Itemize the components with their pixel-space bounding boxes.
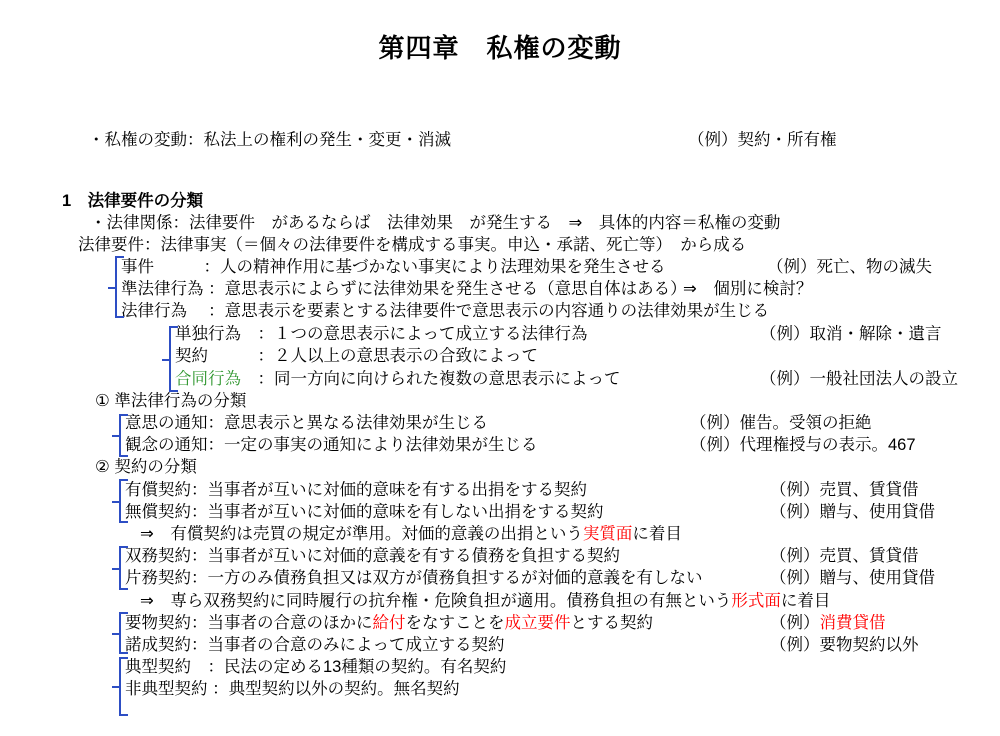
text-run: 観念の通知：一定の事実の通知により法律効果が生じる — [125, 436, 538, 454]
example-kannen-tsuchi: （例）代理権授与の表示。467 — [690, 435, 916, 455]
bracket-stroke — [112, 435, 120, 437]
text-run: 非典型契約 ：典型契約以外の契約。無名契約 — [125, 680, 460, 698]
text-run: ：同一方向に向けられた複数の意思表示によって — [241, 370, 621, 388]
bracket-stroke — [112, 568, 120, 570]
bracket-stroke — [119, 588, 128, 590]
text-run: 双務契約：当事者が互いに対価的意義を有する債務を負担する契約 — [125, 547, 620, 565]
text-run: 諾成契約：当事者の合意のみによって成立する契約 — [125, 636, 505, 654]
example-jiken: （例）死亡、物の滅失 — [767, 257, 932, 277]
text-run: をなすことを — [406, 614, 505, 632]
example-yusho-keiyaku: （例）売買、賃貸借 — [770, 480, 919, 500]
highlighted-text: 実質面 — [583, 525, 633, 543]
line-ishi-tsuchi: 意思の通知：意思表示と異なる法律効果が生じる — [125, 413, 488, 433]
page-title: 第四章 私権の変動 — [0, 28, 1000, 65]
note-somu: ⇒ 専ら双務契約に同時履行の抗弁権・危険負担が適用。債務負担の有無という形式面に… — [140, 591, 830, 611]
text-run: 1 法律要件の分類 — [62, 192, 203, 210]
text-run: ⇒ 専ら双務契約に同時履行の抗弁権・危険負担が適用。債務負担の有無という — [140, 592, 731, 610]
line-musho-keiyaku: 無償契約：当事者が互いに対価的意味を有しない出捐をする契約 — [125, 502, 604, 522]
example-yobutsu-keiyaku: （例）消費貸借 — [770, 613, 886, 633]
highlighted-text: 給付 — [373, 614, 406, 632]
line-keiyaku: 契約 ：２人以上の意思表示の合致によって — [175, 346, 538, 366]
text-run: ・法律関係：法律要件 があるならば 法律効果 が発生する ⇒ 具体的内容＝私権の… — [90, 214, 780, 232]
text-run: 準法律行為 ：意思表示によらずに法律効果を発生させる（意思自体はある） — [121, 280, 687, 298]
text-run: 典型契約 ：民法の定める13種類の契約。有名契約 — [125, 658, 506, 676]
text-run: 法律要件：法律事実（＝個々の法律要件を構成する事実。申込・承諾、死亡等） から成… — [78, 236, 746, 254]
example-ishi-tsuchi: （例）催告。受領の拒絶 — [690, 413, 872, 433]
text-run: に着目 — [632, 525, 682, 543]
heading-circle-2: ② 契約の分類 — [95, 457, 197, 477]
text-run: （例）贈与、使用貸借 — [770, 569, 935, 587]
bracket-stroke — [169, 326, 178, 328]
bracket-stroke — [112, 633, 120, 635]
highlighted-text: 形式面 — [731, 592, 781, 610]
bracket-stroke — [119, 455, 128, 457]
text-run: 契約 ：２人以上の意思表示の合致によって — [175, 347, 538, 365]
example-somu-keiyaku: （例）売買、賃貸借 — [770, 546, 919, 566]
line-horitsu-koi: 法律行為 ：意思表示を要素とする法律要件で意思表示の内容通りの法律効果が生じる — [121, 301, 769, 321]
text-run: （例）要物契約以外 — [770, 636, 919, 654]
example-dakusei-keiyaku: （例）要物契約以外 — [770, 635, 919, 655]
example-private-right-change: （例）契約・所有権 — [688, 130, 837, 150]
line-jun-horitsu-koi: 準法律行為 ：意思表示によらずに法律効果を発生させる（意思自体はある） — [121, 279, 687, 299]
line-private-right-change: ・私権の変動：私法上の権利の発生・変更・消滅 — [88, 130, 451, 150]
line-tandoku-koi: 単独行為 ：１つの意思表示によって成立する法律行為 — [175, 324, 588, 344]
text-run: ・私権の変動：私法上の権利の発生・変更・消滅 — [88, 131, 451, 149]
highlighted-text: 合同行為 — [175, 370, 241, 388]
text-run: 意思の通知：意思表示と異なる法律効果が生じる — [125, 414, 488, 432]
text-run: 法律行為 ：意思表示を要素とする法律要件で意思表示の内容通りの法律効果が生じる — [121, 302, 769, 320]
line-hitenkei-keiyaku: 非典型契約 ：典型契約以外の契約。無名契約 — [125, 679, 460, 699]
text-run: （例）一般社団法人の設立 — [760, 370, 958, 388]
text-run: ② 契約の分類 — [95, 458, 197, 476]
text-run: 有償契約：当事者が互いに対価的意味を有する出捐をする契約 — [125, 481, 587, 499]
text-run: （例）売買、賃貸借 — [770, 547, 919, 565]
heading-1: 1 法律要件の分類 — [62, 191, 203, 211]
line-yobutsu-keiyaku: 要物契約：当事者の合意のほかに給付をなすことを成立要件とする契約 — [125, 613, 653, 633]
text-run: ⇒ 有償契約は売買の規定が準用。対価的意義の出捐という — [140, 525, 583, 543]
highlighted-text: 成立要件 — [505, 614, 571, 632]
bracket-stroke — [169, 390, 178, 392]
bracket-stroke — [112, 501, 120, 503]
text-run: ⇒ 個別に検討？ — [683, 280, 812, 298]
text-run: （例）契約・所有権 — [688, 131, 837, 149]
bracket-stroke — [119, 414, 128, 416]
document-page: 第四章 私権の変動 ・私権の変動：私法上の権利の発生・変更・消滅（例）契約・所有… — [0, 0, 1000, 736]
bracket-stroke — [119, 521, 128, 523]
example-jun-horitsu-koi: ⇒ 個別に検討？ — [683, 279, 812, 299]
text-run: ① 準法律行為の分類 — [95, 392, 246, 410]
bracket-stroke — [119, 612, 128, 614]
text-run: 片務契約：一方のみ債務負担又は双方が債務負担するが対価的意義を有しない — [125, 569, 703, 587]
text-run: 無償契約：当事者が互いに対価的意味を有しない出捐をする契約 — [125, 503, 604, 521]
example-musho-keiyaku: （例）贈与、使用貸借 — [770, 502, 935, 522]
text-run: （例）取消・解除・遺言 — [760, 325, 942, 343]
line-legal-requisite: 法律要件：法律事実（＝個々の法律要件を構成する事実。申込・承諾、死亡等） から成… — [78, 235, 746, 255]
line-kannen-tsuchi: 観念の通知：一定の事実の通知により法律効果が生じる — [125, 435, 538, 455]
line-tenkei-keiyaku: 典型契約 ：民法の定める13種類の契約。有名契約 — [125, 657, 506, 677]
text-run: （例）贈与、使用貸借 — [770, 503, 935, 521]
bracket-stroke — [119, 714, 128, 716]
example-hemmu-keiyaku: （例）贈与、使用貸借 — [770, 568, 935, 588]
line-jiken: 事件 ：人の精神作用に基づかない事実により法理効果を発生させる — [121, 257, 666, 277]
bracket-stroke — [108, 287, 116, 289]
heading-circle-1: ① 準法律行為の分類 — [95, 391, 246, 411]
text-run: 要物契約：当事者の合意のほかに — [125, 614, 373, 632]
bracket-stroke — [115, 316, 124, 318]
bracket-stroke — [119, 479, 128, 481]
line-godo-koi: 合同行為 ：同一方向に向けられた複数の意思表示によって — [175, 369, 621, 389]
line-yusho-keiyaku: 有償契約：当事者が互いに対価的意味を有する出捐をする契約 — [125, 480, 587, 500]
bracket-stroke — [119, 546, 128, 548]
line-somu-keiyaku: 双務契約：当事者が互いに対価的意義を有する債務を負担する契約 — [125, 546, 620, 566]
bracket-stroke — [119, 657, 128, 659]
example-godo-koi: （例）一般社団法人の設立 — [760, 369, 958, 389]
highlighted-text: 消費貸借 — [820, 614, 886, 632]
bracket-stroke — [112, 686, 120, 688]
line-hemmu-keiyaku: 片務契約：一方のみ債務負担又は双方が債務負担するが対価的意義を有しない — [125, 568, 703, 588]
text-run: （例）死亡、物の滅失 — [767, 258, 932, 276]
note-yusho: ⇒ 有償契約は売買の規定が準用。対価的意義の出捐という実質面に着目 — [140, 524, 682, 544]
text-run: 単独行為 ：１つの意思表示によって成立する法律行為 — [175, 325, 588, 343]
text-run: （例）売買、賃貸借 — [770, 481, 919, 499]
text-run: とする契約 — [571, 614, 654, 632]
line-legal-relation: ・法律関係：法律要件 があるならば 法律効果 が発生する ⇒ 具体的内容＝私権の… — [90, 213, 780, 233]
text-run: （例）代理権授与の表示。467 — [690, 436, 916, 454]
example-tandoku-koi: （例）取消・解除・遺言 — [760, 324, 942, 344]
text-run: に着目 — [781, 592, 831, 610]
bracket-stroke — [115, 256, 124, 258]
bracket-stroke — [119, 652, 128, 654]
line-dakusei-keiyaku: 諾成契約：当事者の合意のみによって成立する契約 — [125, 635, 505, 655]
text-run: （例）催告。受領の拒絶 — [690, 414, 872, 432]
text-run: （例） — [770, 614, 820, 632]
bracket-stroke — [162, 359, 170, 361]
text-run: 事件 ：人の精神作用に基づかない事実により法理効果を発生させる — [121, 258, 666, 276]
